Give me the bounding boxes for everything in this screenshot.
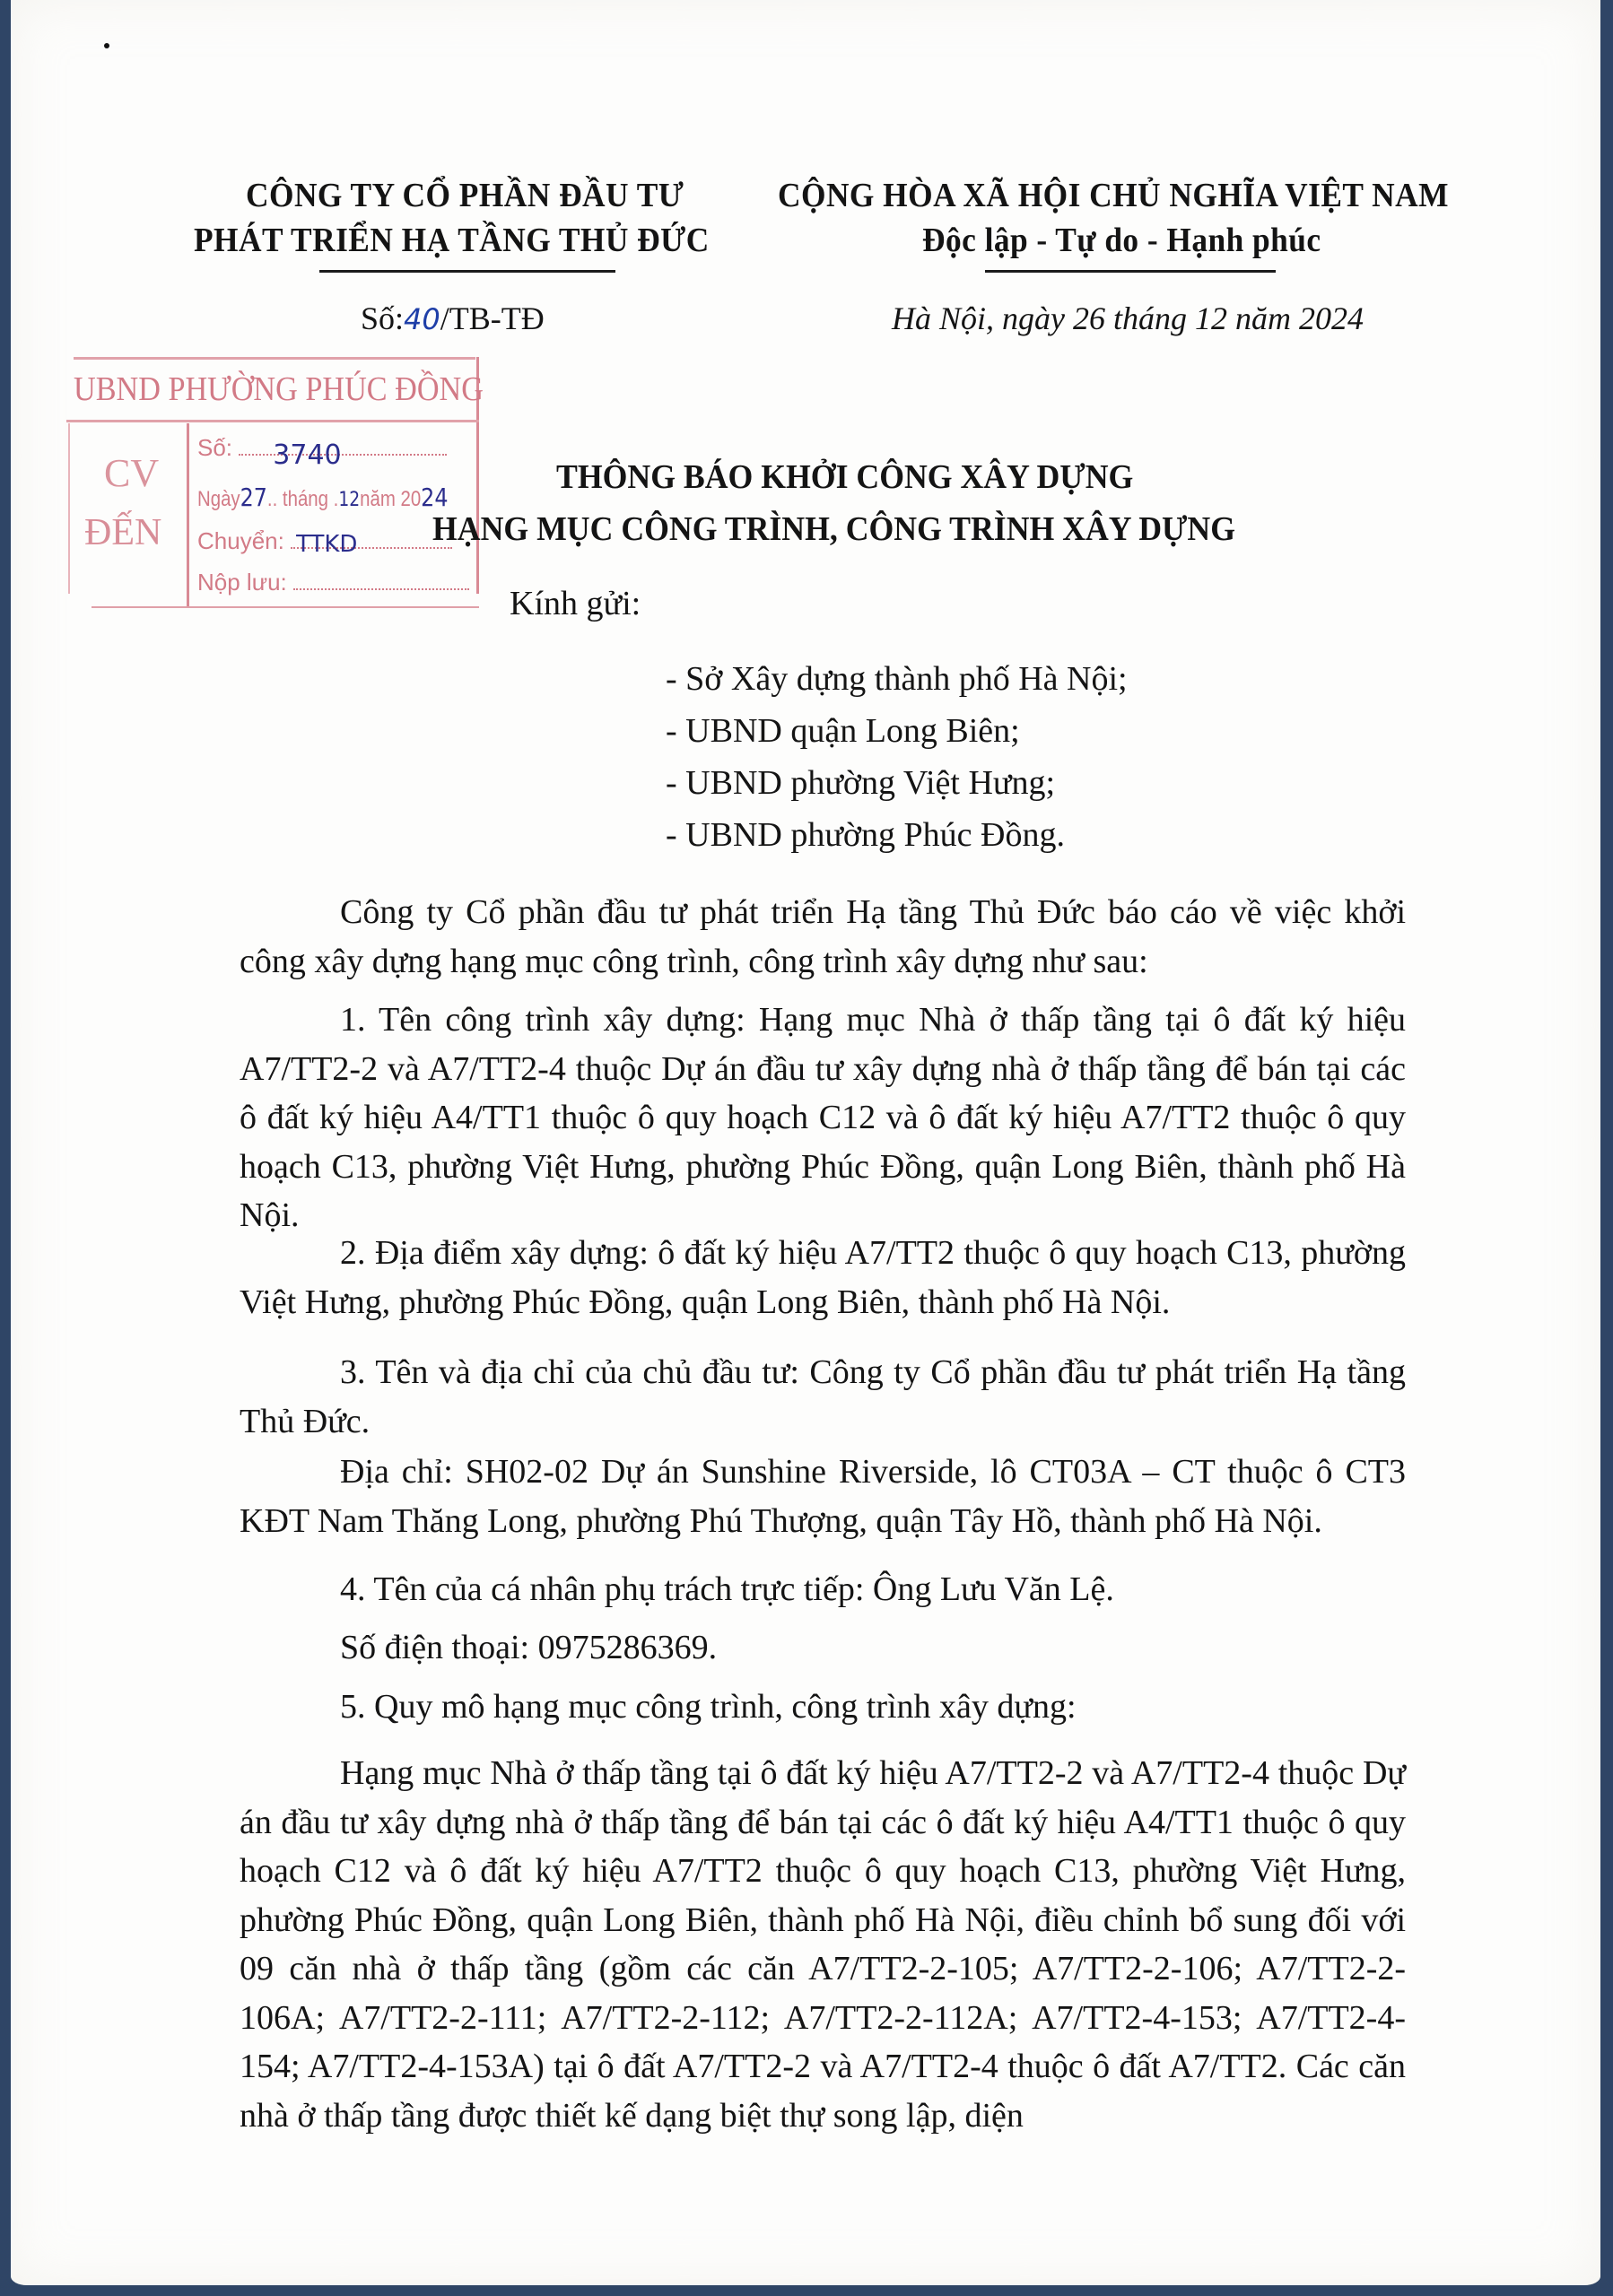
intro-paragraph: Công ty Cổ phần đầu tư phát triển Hạ tần… bbox=[240, 888, 1406, 986]
stamp-so-value: 3740 bbox=[273, 439, 341, 471]
item-5-scale: 5. Quy mô hạng mục công trình, công trìn… bbox=[340, 1683, 1408, 1732]
item-3-investor: 3. Tên và địa chỉ của chủ đầu tư: Công t… bbox=[240, 1348, 1406, 1446]
speck-mark bbox=[104, 43, 109, 48]
place-date: Hà Nội, ngày 26 tháng 12 năm 2024 bbox=[892, 294, 1364, 343]
nation-line1: CỘNG HÒA XÃ HỘI CHỦ NGHĨA VIỆT NAM bbox=[778, 176, 1449, 215]
recipient-item: - UBND phường Phúc Đồng. bbox=[666, 811, 1065, 859]
stamp-ngay-label: Ngày bbox=[197, 487, 240, 511]
doc-number-prefix: Số: bbox=[361, 300, 404, 336]
stamp-chuyen-row: Chuyển: TTKD bbox=[197, 527, 452, 555]
item-4-person-in-charge: 4. Tên của cá nhân phụ trách trực tiếp: … bbox=[340, 1565, 1408, 1614]
stamp-so-row: Số: 3740 bbox=[197, 434, 447, 462]
doc-number-handwritten: 40 bbox=[404, 302, 440, 336]
stamp-nam-label: năm 20 bbox=[360, 487, 421, 511]
stamp-nop-luu-row: Nộp lưu: bbox=[197, 569, 469, 596]
doc-number-suffix: /TB-TĐ bbox=[440, 300, 545, 336]
phone-number: Số điện thoại: 0975286369. bbox=[340, 1623, 1408, 1673]
stamp-chuyen-value: TTKD bbox=[296, 531, 357, 558]
recipient-item: - UBND phường Việt Hưng; bbox=[666, 759, 1055, 807]
motto-underline bbox=[985, 270, 1276, 273]
org-name-line2: PHÁT TRIỂN HẠ TẦNG THỦ ĐỨC bbox=[194, 221, 710, 260]
org-name-line1: CÔNG TY CỔ PHẦN ĐẦU TƯ bbox=[246, 176, 684, 215]
stamp-nop-luu-label: Nộp lưu: bbox=[197, 569, 287, 596]
stamp-cv-label: CV bbox=[104, 450, 159, 496]
nation-motto: Độc lập - Tự do - Hạnh phúc bbox=[922, 221, 1321, 260]
stamp-chuyen-label: Chuyển: bbox=[197, 527, 284, 554]
recipient-item: - UBND quận Long Biên; bbox=[666, 707, 1020, 755]
item-1-project-name: 1. Tên công trình xây dựng: Hạng mục Nhà… bbox=[240, 996, 1406, 1240]
notice-title-line1: THÔNG BÁO KHỞI CÔNG XÂY DỰNG bbox=[556, 457, 1133, 497]
stamp-den-label: ĐẾN bbox=[84, 511, 161, 554]
document-page: CÔNG TY CỔ PHẦN ĐẦU TƯ PHÁT TRIỂN HẠ TẦN… bbox=[11, 0, 1600, 2285]
stamp-ngay-value: 27 bbox=[240, 483, 267, 512]
stamp-thang-value: 12 bbox=[338, 489, 360, 511]
org-underline bbox=[319, 270, 615, 273]
item-2-location: 2. Địa điểm xây dựng: ô đất ký hiệu A7/T… bbox=[240, 1229, 1406, 1326]
stamp-thang-label: tháng bbox=[283, 487, 328, 511]
recipient-item: - Sở Xây dựng thành phố Hà Nội; bbox=[666, 655, 1128, 703]
recipients-label: Kính gửi: bbox=[510, 579, 641, 628]
stamp-so-label: Số: bbox=[197, 434, 232, 461]
stamp-nam-value: 24 bbox=[421, 483, 448, 512]
scale-description: Hạng mục Nhà ở thấp tầng tại ô đất ký hi… bbox=[240, 1749, 1406, 2140]
incoming-stamp: UBND PHƯỜNG PHÚC ĐỒNG CV ĐẾN Số: 3740 Ng… bbox=[65, 357, 479, 610]
investor-address: Địa chỉ: SH02-02 Dự án Sunshine Riversid… bbox=[240, 1448, 1406, 1545]
doc-number: Số:40/TB-TĐ bbox=[361, 294, 545, 344]
stamp-date-row: Ngày27.. tháng .12năm 2024 bbox=[197, 483, 448, 512]
stamp-title: UBND PHƯỜNG PHÚC ĐỒNG bbox=[74, 370, 484, 409]
notice-title-line2: HẠNG MỤC CÔNG TRÌNH, CÔNG TRÌNH XÂY DỰNG bbox=[432, 509, 1235, 549]
